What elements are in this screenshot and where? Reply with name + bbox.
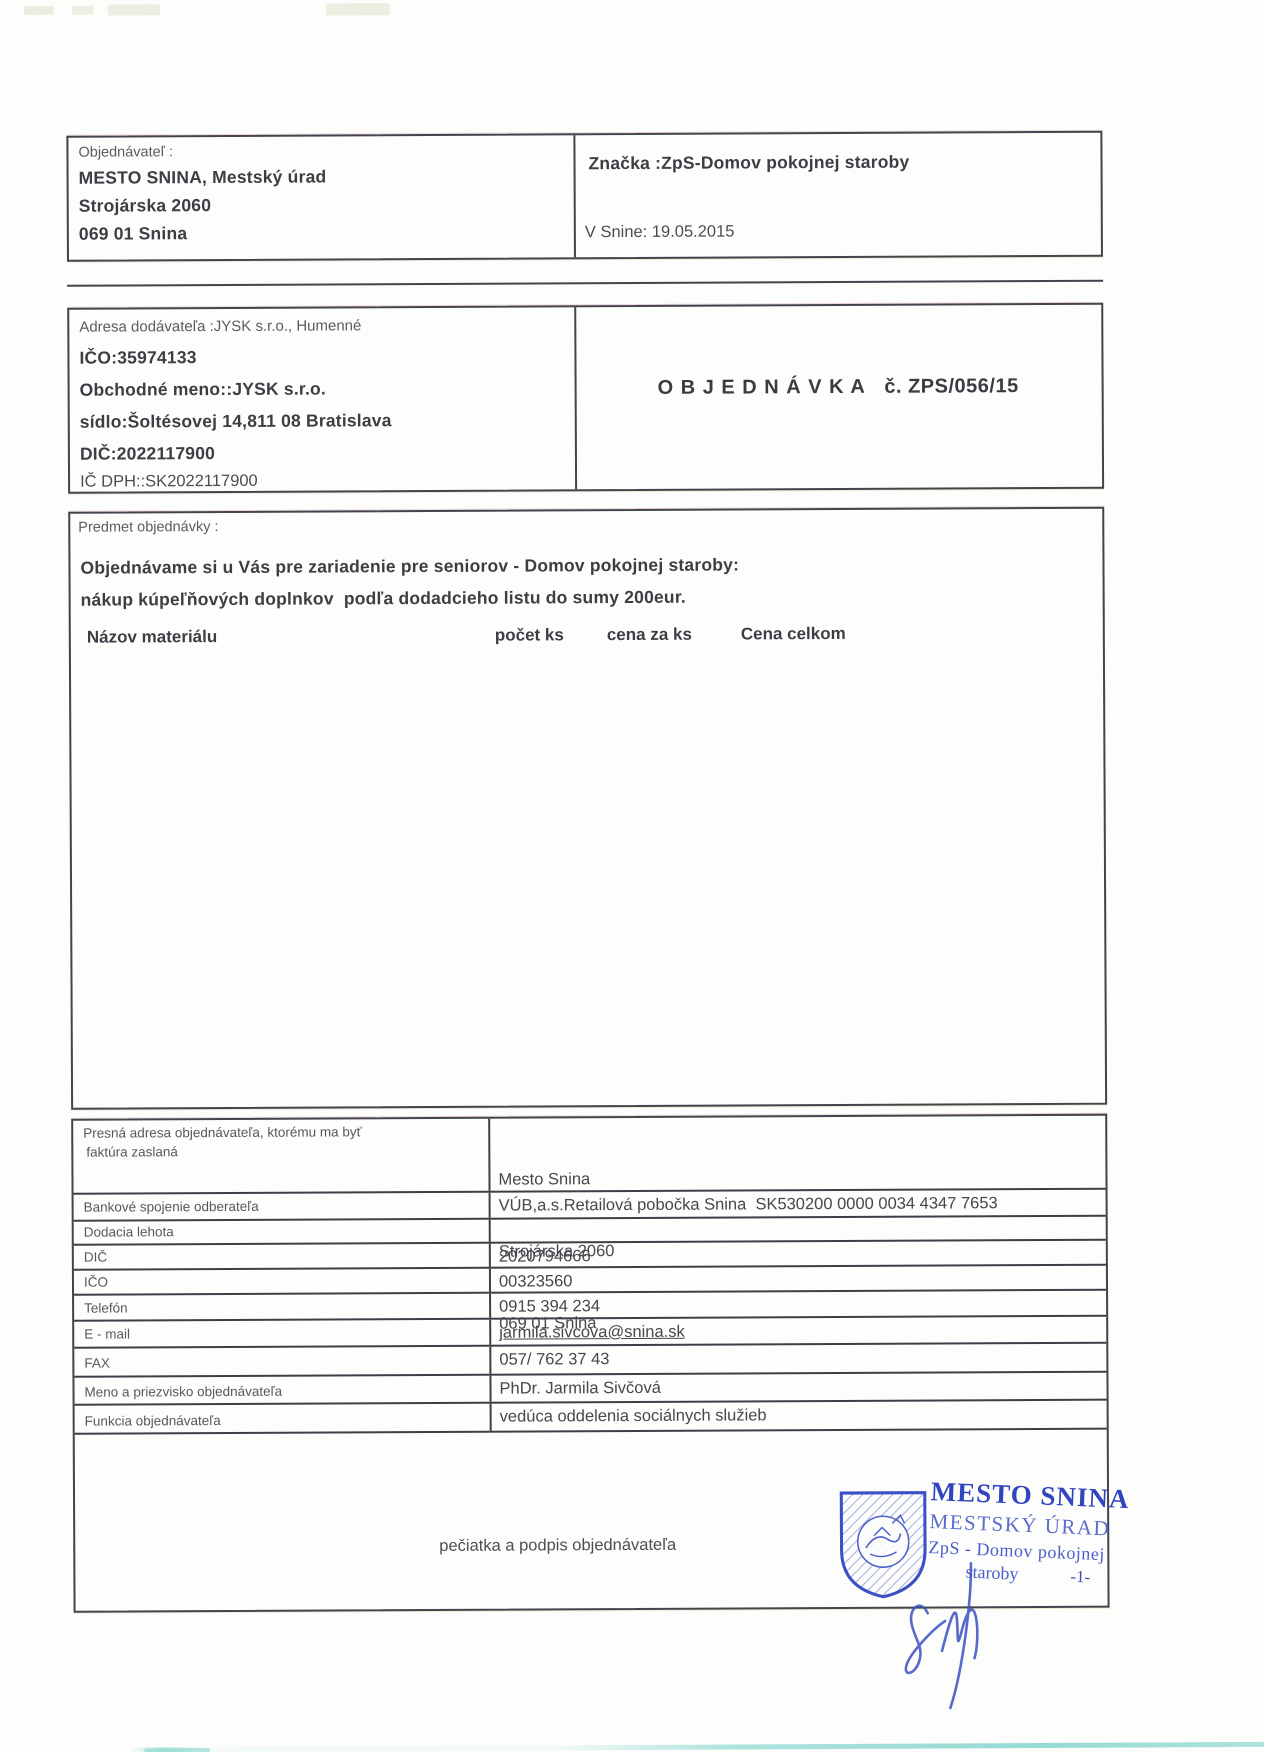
scan-artifact xyxy=(326,3,390,15)
order-heading-number: č. ZPS/056/15 xyxy=(884,375,1018,398)
row-value: 2020794666 xyxy=(489,1241,1106,1267)
details-box: Presná adresa objednávateľa, ktorému ma … xyxy=(71,1114,1109,1613)
row-value: PhDr. Jarmila Sivčová xyxy=(489,1373,1106,1402)
row-value-email: jarmila.sivcova@snina.sk xyxy=(489,1317,1106,1345)
scan-artifact xyxy=(108,4,160,15)
subject-box: Predmet objednávky : Objednávame si u Vá… xyxy=(68,507,1107,1110)
row-label: Dodacia lehota xyxy=(74,1220,489,1244)
row-value: vedúca oddelenia sociálnych služieb xyxy=(490,1401,1107,1431)
row-label: DIČ xyxy=(74,1244,489,1269)
row-value xyxy=(489,1217,1106,1242)
stamp-page-number: -1- xyxy=(1070,1567,1091,1588)
table-row-function: Funkcia objednávateľa vedúca oddelenia s… xyxy=(75,1401,1107,1435)
supplier-address: Adresa dodávateľa :JYSK s.r.o., Humenné xyxy=(79,317,361,335)
orderer-box: Objednávateľ : MESTO SNINA, Mestský úrad… xyxy=(66,131,1103,262)
stamp-line-1: MESTO SNINA xyxy=(930,1476,1130,1515)
row-label: Presná adresa objednávateľa, ktorému ma … xyxy=(73,1119,488,1193)
column-header-material: Názov materiálu xyxy=(87,627,217,648)
place-and-date: V Snine: 19.05.2015 xyxy=(585,222,735,242)
row-value: Mesto Snina Strojárska 2060 069 01 Snina xyxy=(488,1116,1105,1191)
orderer-name: MESTO SNINA, Mestský úrad xyxy=(79,166,327,188)
scan-edge-segment xyxy=(144,1748,210,1752)
scan-artifact xyxy=(24,6,54,15)
row-value: 057/ 762 37 43 xyxy=(489,1344,1106,1374)
supplier-box: Adresa dodávateľa :JYSK s.r.o., Humenné … xyxy=(67,303,1104,494)
row-label: Telefón xyxy=(74,1294,489,1320)
row-value: 00323560 xyxy=(489,1266,1106,1292)
supplier-business-name: Obchodné meno::JYSK s.r.o. xyxy=(80,378,326,400)
reference-mark: Značka :ZpS-Domov pokojnej staroby xyxy=(588,152,909,175)
column-header-unit-price: cena za ks xyxy=(607,625,692,645)
municipal-stamp: MESTO SNINA MESTSKÝ ÚRAD ZpS - Domov pok… xyxy=(831,1473,1152,1715)
row-value: VÚB,a.s.Retailová pobočka Snina SK530200… xyxy=(489,1190,1106,1218)
scan-artifact xyxy=(72,6,94,15)
orderer-box-divider xyxy=(573,135,576,257)
row-label: FAX xyxy=(74,1347,489,1376)
row-label: E - mail xyxy=(74,1320,489,1347)
subject-paragraph-1: Objednávame si u Vás pre zariadenie pre … xyxy=(80,554,739,578)
separator-line xyxy=(67,280,1103,287)
row-label: Funkcia objednávateľa xyxy=(75,1404,490,1433)
order-heading: O B J E D N Á V K A č. ZPS/056/15 xyxy=(575,375,1102,401)
orderer-city: 069 01 Snina xyxy=(79,223,188,245)
order-heading-title: O B J E D N Á V K A xyxy=(657,376,865,399)
supplier-ico: IČO:35974133 xyxy=(79,347,196,369)
column-header-qty: počet ks xyxy=(495,625,564,645)
stamp-caption: pečiatka a podpis objednávateľa xyxy=(439,1536,676,1556)
supplier-ic-dph: IČ DPH::SK2022117900 xyxy=(80,472,258,492)
scanned-order-document: Objednávateľ : MESTO SNINA, Mestský úrad… xyxy=(0,0,1264,1752)
row-value: 0915 394 234 xyxy=(489,1291,1106,1318)
subject-label: Predmet objednávky : xyxy=(78,519,218,536)
signature-icon xyxy=(890,1544,1046,1727)
supplier-seat: sídlo:Šoltésovej 14,811 08 Bratislava xyxy=(80,410,392,433)
supplier-dic: DIČ:2022117900 xyxy=(80,443,215,465)
subject-paragraph-2: nákup kúpeľňových doplnkov podľa dodadci… xyxy=(81,587,686,611)
column-header-total: Cena celkom xyxy=(741,624,846,645)
stamp-line-2: MESTSKÝ ÚRAD xyxy=(929,1509,1129,1542)
row-label: Bankové spojenie odberateľa xyxy=(74,1193,489,1220)
table-row-invoice-address: Presná adresa objednávateľa, ktorému ma … xyxy=(73,1116,1105,1195)
orderer-street: Strojárska 2060 xyxy=(79,195,212,217)
orderer-label: Objednávateľ : xyxy=(78,144,173,160)
row-label: Meno a priezvisko objednávateľa xyxy=(74,1376,489,1404)
row-label: IČO xyxy=(74,1269,489,1294)
